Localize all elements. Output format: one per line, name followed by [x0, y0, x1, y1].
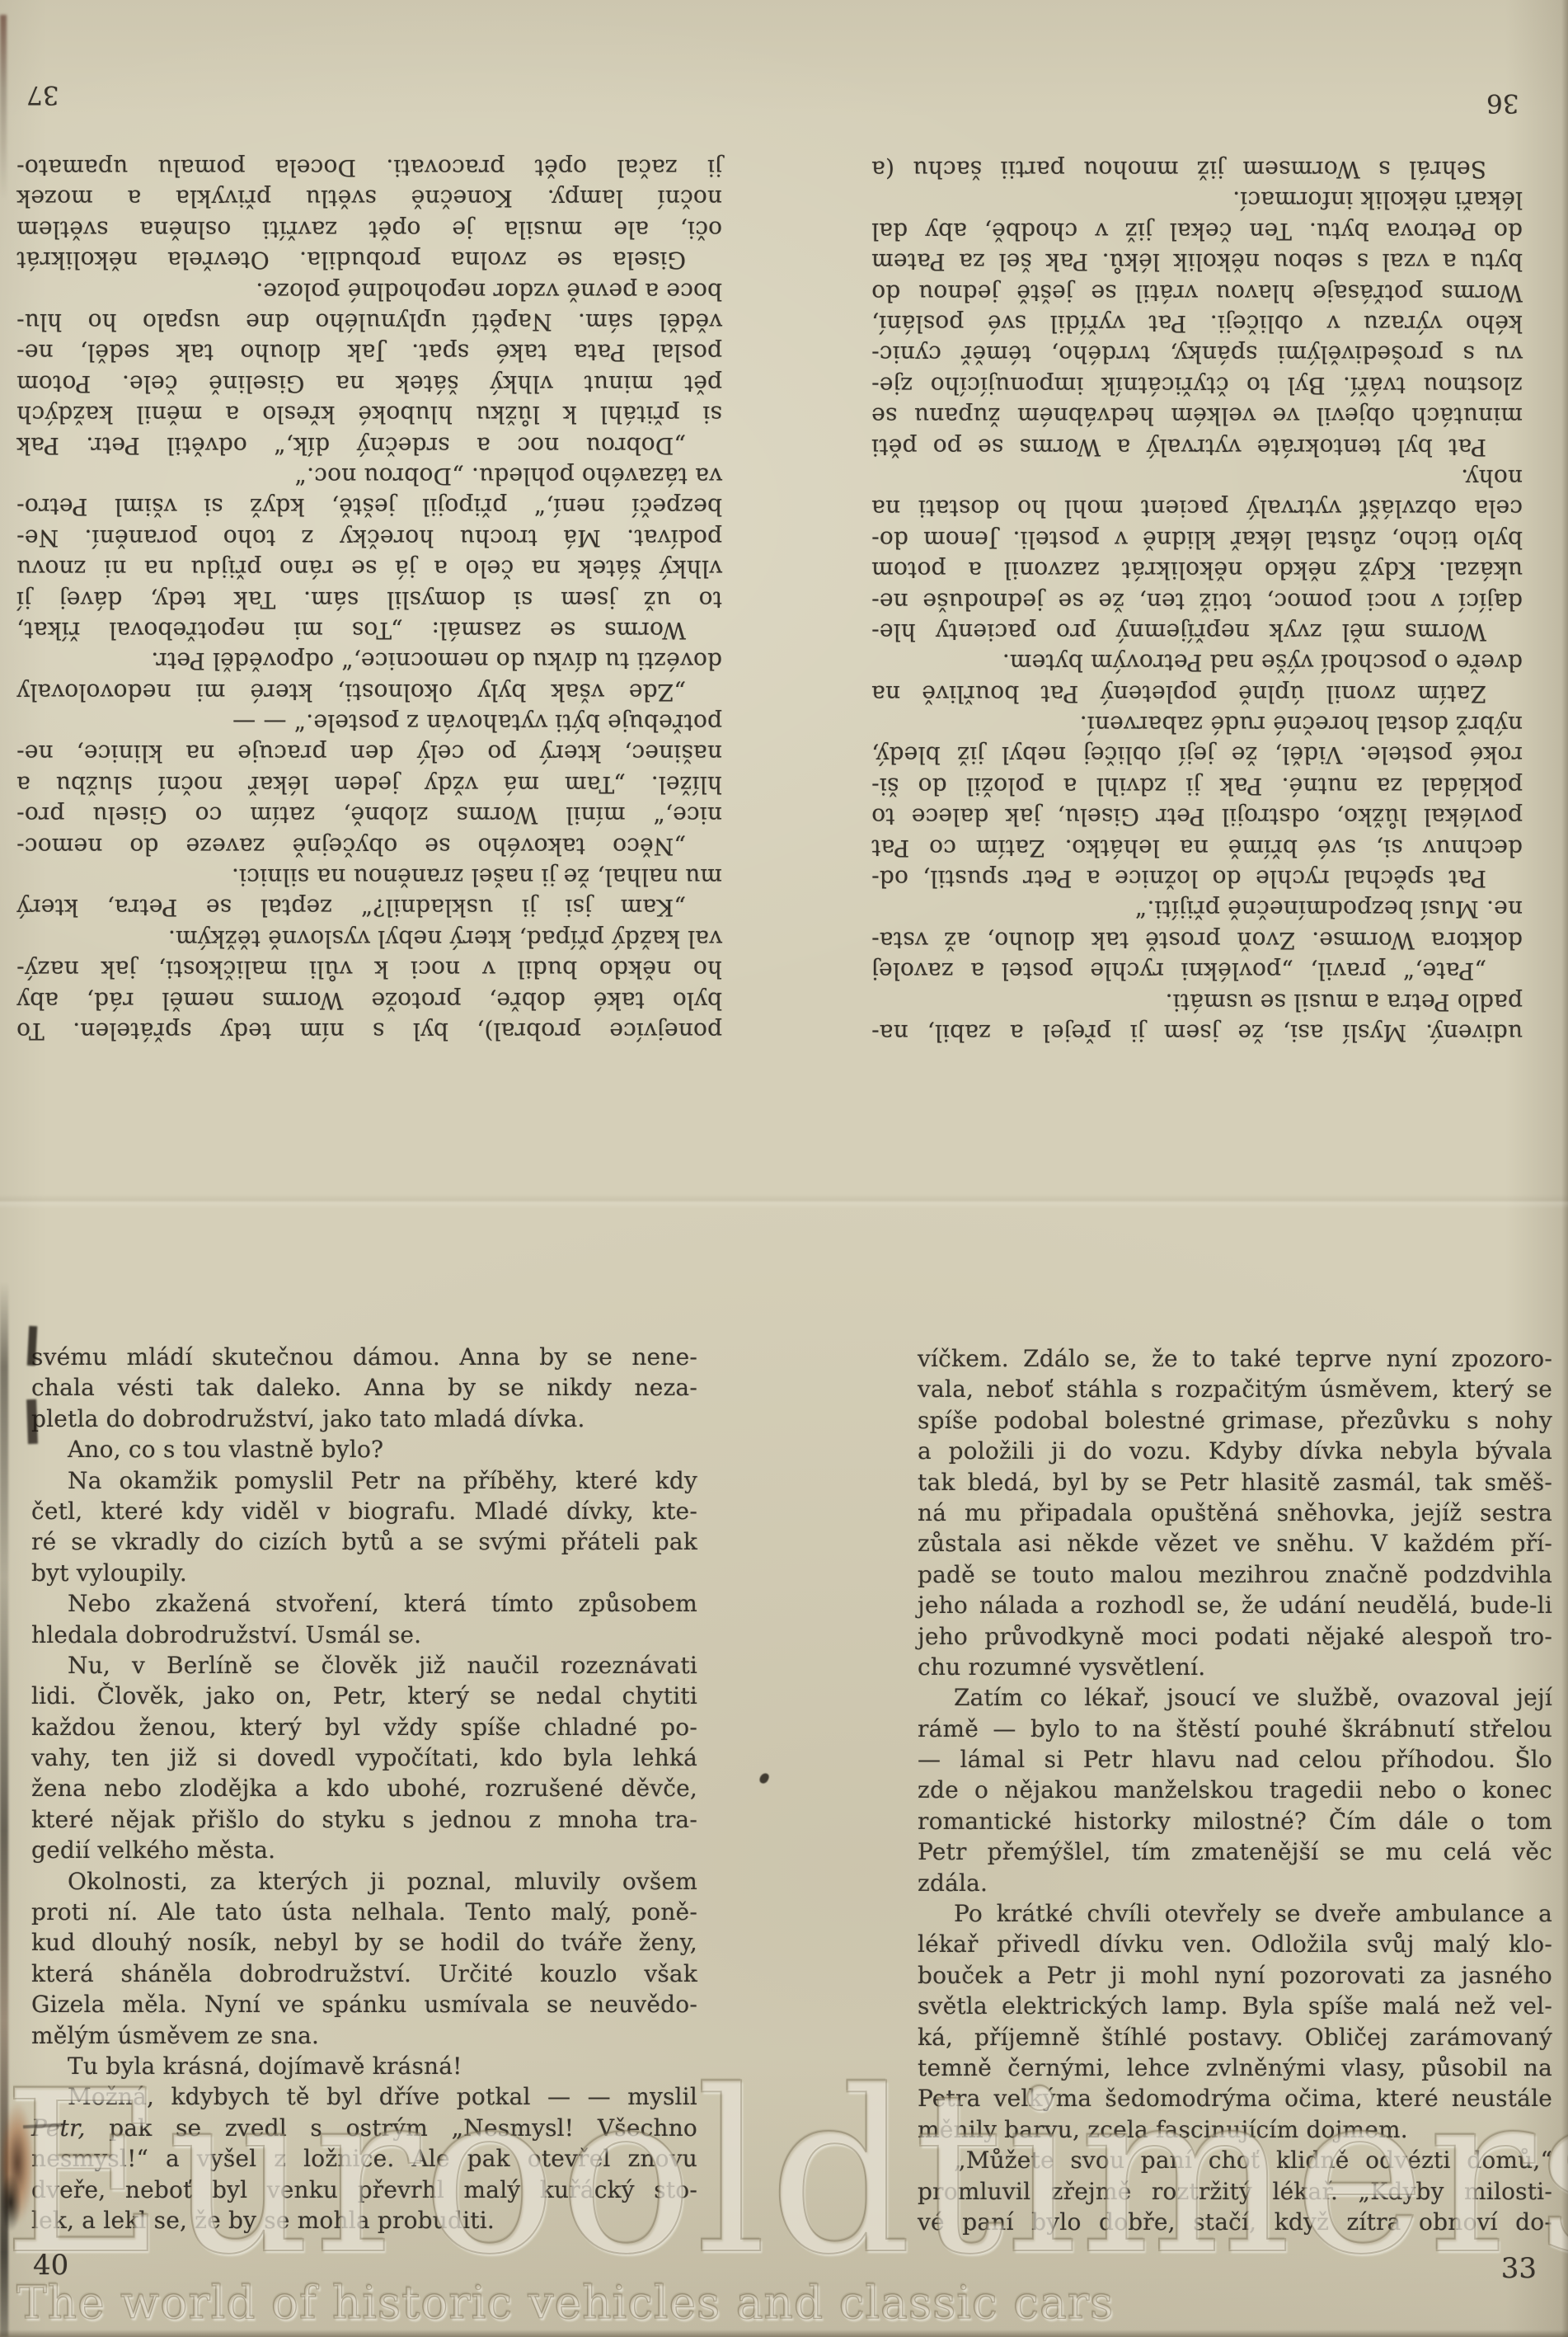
text-line: ji začal opět pracovati. Docela pomalu u… [16, 153, 722, 183]
text-line: spíše podobal bolestné grimase, přezůvku… [918, 1405, 1552, 1436]
text-line: minutách objevil ve velkém hedvábném žup… [871, 401, 1523, 431]
scan-edge-artifact-top-left [0, 15, 7, 200]
text-line: které nějak přišlo do styku s jednou z m… [31, 1804, 697, 1835]
text-line: měnily barvu, zcela fascinujícím dojmem. [918, 2114, 1552, 2145]
text-line: poslal Pata také spat. Jak dlouho tak se… [16, 337, 722, 368]
text-line: Petr, pak se zvedl s ostrým „Nesmysl! Vš… [31, 2113, 697, 2143]
text-line: Zatím co lékař, jsoucí ve službě, ovazov… [918, 1682, 1552, 1713]
text-line: mělým úsměvem ze sna. [31, 2020, 697, 2051]
page-36-column: udivený. Myslí asi, že jsem ji přejel a … [871, 153, 1523, 1048]
text-line: svému mládí skutečnou dámou. Anna by se … [31, 1342, 697, 1372]
text-line: pět minut vlhký šátek na Giselině čele. … [16, 368, 722, 398]
text-line: Petr přemýšlel, tím zmatenější se mu cel… [918, 1836, 1552, 1867]
text-line: kého výrazu v obličeji. Pat vyřídil své … [871, 308, 1523, 339]
text-line: Petra velkýma šedomodrýma očima, které n… [918, 2083, 1552, 2114]
text-line: kud dlouhý nosík, nebyl by se hodil do t… [31, 1927, 697, 1958]
text-line: chala vésti tak daleko. Anna by se nikdy… [31, 1372, 697, 1403]
page-40-column: svému mládí skutečnou dámou. Anna by se … [31, 1342, 697, 2236]
text-line: „Dobrou noc a srdečný dík,“ odvětil Petr… [16, 430, 722, 460]
text-line: Po krátké chvíli otevřely se dveře ambul… [918, 1898, 1552, 1929]
text-line: mu nalhal, že ji našel zraněnou na silni… [16, 862, 722, 892]
text-line: vlhký šátek na čelo a já se ráno přijdu … [16, 553, 722, 584]
text-line: — lámal si Petr hlavu nad celou příhodou… [918, 1744, 1552, 1775]
slogan-watermark: The world of historic vehicles and class… [16, 2278, 1114, 2327]
text-line: Nu, v Berlíně se člověk již naučil rozez… [31, 1650, 697, 1681]
scanned-book-sheet: 37 36 ponejvíce probral), byl s ním tedy… [0, 0, 1568, 2337]
text-line: ká, příjemně štíhlé postavy. Obličej zar… [918, 2022, 1552, 2053]
text-line: zdála. [918, 1868, 1552, 1898]
text-line: nesmysl!“ a vyšel z ložnice. Ale pak ote… [31, 2143, 697, 2174]
text-line: Na okamžik pomyslil Petr na příběhy, kte… [31, 1465, 697, 1496]
text-line: Možná, kdybych tě byl dříve potkal — — m… [31, 2081, 697, 2112]
text-line: Zatím zvonil úplně popletený Pat bouřliv… [871, 678, 1523, 708]
text-line: chu rozumné vysvětlení. [918, 1652, 1552, 1682]
text-line: Okolnosti, za kterých ji poznal, mluvily… [31, 1866, 697, 1897]
text-line: vu s prošedivělými spánky, tvrdého, témě… [871, 339, 1523, 369]
page-37-column: ponejvíce probral), byl s ním tedy spřát… [16, 152, 722, 1046]
text-line: hlížel. „Tam má vždy jeden lékař noční s… [16, 769, 722, 799]
text-line: Nebo zkažená stvoření, která tímto způso… [31, 1588, 697, 1619]
text-line: nice,“ mínil Worms zlobně, zatím co Gise… [16, 800, 722, 830]
text-line: zlostnou tváří. Byl to čtyřicátník impon… [871, 369, 1523, 400]
text-line: lidi. Člověk, jako on, Petr, který se ne… [31, 1681, 697, 1711]
text-line: „Můžete svou paní choť klidně odvézti do… [918, 2145, 1552, 2175]
text-line: byt vyloupily. [31, 1558, 697, 1588]
text-line: cela obzvlášť vytrvalý pacient mohl ho d… [871, 493, 1523, 524]
text-line: roké postele. Viděl, že její obličej neb… [871, 740, 1523, 770]
text-line: padě se touto malou mezihrou značně podz… [918, 1559, 1552, 1590]
text-line: va tázavého pohledu. „Dobrou noc.“ [16, 461, 722, 491]
text-line: „Něco takového se obyčejně zaveze do nem… [16, 830, 722, 861]
text-line: podívat. Má trochu horečky z toho poraně… [16, 522, 722, 553]
text-line: jeho nálada a rozhodl se, že udání neudě… [918, 1590, 1552, 1620]
text-line: bylo ticho, zůstal lékař klidně v postel… [871, 524, 1523, 554]
scan-edge-artifact-left [0, 1282, 8, 2337]
text-line: to už jsem si domyslil sám. Tak tedy, dá… [16, 584, 722, 614]
text-line: zůstala asi někde vězet ve sněhu. V každ… [918, 1528, 1552, 1559]
text-line: vahy, ten již si dovedl vypočítati, kdo … [31, 1742, 697, 1773]
text-line: „Kam jsi ji uskladnil?“ zeptal se Petra,… [16, 892, 722, 923]
text-line: do Petrova bytu. Ten čekal již v chodbě,… [871, 215, 1523, 246]
text-line: Gizela měla. Nyní ve spánku usmívala se … [31, 1989, 697, 2020]
text-line: bouček a Petr ji mohl nyní pozorovati za… [918, 1960, 1552, 1991]
text-line: dveře, neboť byl venku převrhl malý kuřá… [31, 2175, 697, 2205]
text-line: oči, ale musila je opět zavříti oslněna … [16, 214, 722, 244]
text-line: si přitáhl k lůžku hluboké křeslo a měni… [16, 399, 722, 430]
text-line: četl, které kdy viděl v biografu. Mladé … [31, 1496, 697, 1526]
text-line: Pat byl tentokráte vytrvalý a Worms se p… [871, 431, 1523, 462]
text-line: lékaři několik informací. [871, 185, 1523, 215]
text-line: promluvil zřejmě roztržitý lékař. „Kdyby… [918, 2176, 1552, 2207]
text-line: bylo také dobře, protože Worms neměl rád… [16, 985, 722, 1015]
text-line: bytu a vzal s sebou několik léků. Pak še… [871, 247, 1523, 277]
scan-edge-blob-bottom [0, 2174, 21, 2231]
text-line: „Zde však byly okolnosti, které mi nedov… [16, 676, 722, 707]
text-line: Worms se zasmál: „Tos mi nepotřeboval ří… [16, 615, 722, 646]
text-line: val každý případ, který nebyl vyslovně t… [16, 923, 722, 953]
text-line: dající v noci pomoc, totiž ten, že se je… [871, 585, 1523, 616]
ink-speck [758, 1771, 771, 1784]
page-number-36: 36 [1486, 89, 1526, 117]
scan-edge-color-blob [0, 2101, 35, 2225]
text-line: každou ženou, který byl vždy spíše chlad… [31, 1712, 697, 1742]
text-line: temně černými, lehce zvlněnými vlasy, pů… [918, 2053, 1552, 2083]
text-line: vala, neboť stáhla s rozpačitým úsměvem,… [918, 1374, 1552, 1404]
text-line: pokládal za nutné. Pak ji zdvihl a polož… [871, 770, 1523, 801]
crease-shadow [0, 1194, 1568, 1209]
scan-edge-shadow-right [1561, 0, 1568, 2337]
text-line: která sháněla dobrodružství. Určité kouz… [31, 1958, 697, 1989]
text-line: padlo Petra a musil se usmáti. [871, 986, 1523, 1017]
text-line: Pat spěchal rychle do ložnice a Petr spu… [871, 863, 1523, 894]
text-line: rámě — bylo to na štěstí pouhé škrábnutí… [918, 1714, 1552, 1744]
text-line: gedií velkého města. [31, 1835, 697, 1865]
text-line: dechnuv si, své břímě na lehátko. Zatím … [871, 832, 1523, 863]
text-line: jeho průvodkyně moci podati nějaké alesp… [918, 1621, 1552, 1652]
text-line: věděl sám. Napětí uplynulého dne uspalo … [16, 307, 722, 337]
text-line: světla elektrických lamp. Byla spíše mal… [918, 1991, 1552, 2021]
text-line: vé paní bylo dobře, stačí, když zítra ob… [918, 2207, 1552, 2237]
text-line: hledala dobrodružství. Usmál se. [31, 1620, 697, 1650]
text-line: lékař přivedl dívku ven. Odložila svůj m… [918, 1929, 1552, 1959]
text-line: ukázal. Když někdo několikrát zazvonil a… [871, 555, 1523, 585]
text-line: noční lampy. Konečně světlu přivykla a m… [16, 183, 722, 214]
text-line: Gisela se zvolna probudila. Otevřela něk… [16, 245, 722, 275]
text-line: ho někdo budil v noci k vůli maličkosti,… [16, 954, 722, 985]
text-line: našinec, který po celý den pracuje na kl… [16, 738, 722, 769]
text-line: ré se vkradly do cizích bytů a se svými … [31, 1526, 697, 1557]
page-number-37: 37 [26, 81, 59, 109]
text-line: nohy. [871, 463, 1523, 493]
text-line: Worms měl zvyk nepříjemný pro pacienty h… [871, 617, 1523, 647]
text-line: a položili ji do vozu. Kdyby dívka nebyl… [918, 1436, 1552, 1466]
text-line: pletla do dobrodružství, jako tato mladá… [31, 1404, 697, 1434]
text-line: povlékal lůžko, odstrojil Petr Giselu, j… [871, 802, 1523, 832]
text-line: zde o nějakou manželskou tragedii nebo o… [918, 1775, 1552, 1805]
text-line: ponejvíce probral), byl s ním tedy spřát… [16, 1016, 722, 1046]
text-line: bezpečí není,“ připojil ještě, když si v… [16, 491, 722, 522]
text-line: potřebuje býti vytahován z postele.“ — — [16, 708, 722, 738]
text-line: lek, a lekl se, že by se mohla probuditi… [31, 2205, 697, 2236]
text-line: Sehrál s Wormsem již mnohou partii šachu… [871, 154, 1523, 185]
text-line: tak bledá, byl by se Petr hlasitě zasmál… [918, 1467, 1552, 1498]
text-line: romantické historky milostné? Čím dále o… [918, 1806, 1552, 1836]
text-line: Worms potřásaje hlavou vrátil se ještě j… [871, 277, 1523, 308]
page-33-column: víčkem. Zdálo se, že to také teprve nyní… [918, 1343, 1552, 2238]
scan-edge-shadow-bottom [0, 2330, 1568, 2337]
text-line: žena nebo zlodějka a kdo ubohé, rozrušen… [31, 1773, 697, 1803]
text-line: nýbrž dostal horečné rudé zabarvení. [871, 709, 1523, 740]
text-line: ná mu připadala opuštěná sněhovka, jejíž… [918, 1498, 1552, 1528]
text-line: dveře o poschodí výše nad Petrovým bytem… [871, 647, 1523, 678]
text-line: ne. Musí bezpodmínečně přijíti.“ [871, 894, 1523, 924]
text-line: dovézti tu dívku do nemocnice,“ odpovědě… [16, 646, 722, 676]
text-line: doktora Wormse. Zvoň prostě tak dlouho, … [871, 924, 1523, 955]
text-line: udivený. Myslí asi, že jsem ji přejel a … [871, 1018, 1523, 1048]
text-line: proti ní. Ale tato ústa nelhala. Tento m… [31, 1897, 697, 1927]
text-line: Ano, co s tou vlastně bylo? [31, 1434, 697, 1465]
page-number-33: 33 [1499, 2255, 1537, 2283]
page-number-40: 40 [33, 2251, 68, 2279]
text-line: „Pate,“ pravil, „povlékni rychle postel … [871, 956, 1523, 986]
text-line: boce a pevně vzdor nepohodlné poloze. [16, 275, 722, 306]
text-line: Tu byla krásná, dojímavě krásná! [31, 2051, 697, 2081]
text-line: víčkem. Zdálo se, že to také teprve nyní… [918, 1343, 1552, 1374]
